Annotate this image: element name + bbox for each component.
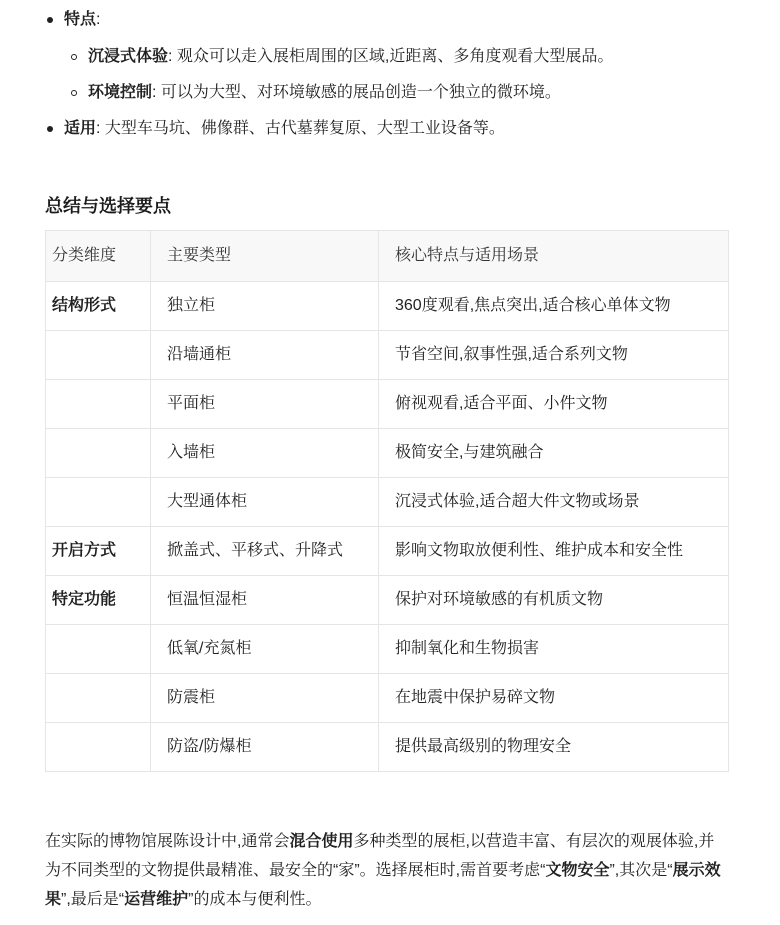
cell-features: 俯视观看,适合平面、小件文物 <box>379 380 729 429</box>
cell-features: 节省空间,叙事性强,适合系列文物 <box>379 331 729 380</box>
column-header-dimension: 分类维度 <box>46 231 151 282</box>
cell-features: 保护对环境敏感的有机质文物 <box>379 576 729 625</box>
paragraph-segment-bold: 文物安全 <box>545 862 609 879</box>
table-row: 开启方式 掀盖式、平移式、升降式 影响文物取放便利性、维护成本和安全性 <box>46 527 729 576</box>
paragraph-segment: ”,其次是“ <box>609 862 672 879</box>
cell-dimension: 特定功能 <box>46 576 151 625</box>
section-heading: 总结与选择要点 <box>45 194 730 219</box>
list-item-text: 观众可以走入展柜周围的区域,近距离、多角度观看大型展品。 <box>177 48 613 65</box>
table-row: 结构形式 独立柜 360度观看,焦点突出,适合核心单体文物 <box>46 282 729 331</box>
closing-paragraph: 在实际的博物馆展陈设计中,通常会混合使用多种类型的展柜,以营造丰富、有层次的观展… <box>45 827 728 914</box>
cell-type: 平面柜 <box>151 380 379 429</box>
paragraph-segment: ”的成本与便利性。 <box>188 891 321 908</box>
table-row: 大型通体柜 沉浸式体验,适合超大件文物或场景 <box>46 478 729 527</box>
cell-features: 影响文物取放便利性、维护成本和安全性 <box>379 527 729 576</box>
list-item-colon: : <box>96 11 100 28</box>
cell-features: 在地震中保护易碎文物 <box>379 674 729 723</box>
cell-features: 极简安全,与建筑融合 <box>379 429 729 478</box>
column-header-features: 核心特点与适用场景 <box>379 231 729 282</box>
cell-type: 入墙柜 <box>151 429 379 478</box>
bullet-disc-icon <box>47 126 53 132</box>
cell-dimension: 结构形式 <box>46 282 151 331</box>
paragraph-segment: 在实际的博物馆展陈设计中,通常会 <box>45 833 289 850</box>
cell-type: 掀盖式、平移式、升降式 <box>151 527 379 576</box>
table-row: 入墙柜 极简安全,与建筑融合 <box>46 429 729 478</box>
cell-features: 提供最高级别的物理安全 <box>379 723 729 772</box>
table-row: 低氧/充氮柜 抑制氧化和生物损害 <box>46 625 729 674</box>
list-item-label: 沉浸式体验 <box>88 48 168 65</box>
list-item-label: 特点 <box>64 11 96 28</box>
table-row: 平面柜 俯视观看,适合平面、小件文物 <box>46 380 729 429</box>
cell-type: 低氧/充氮柜 <box>151 625 379 674</box>
cell-dimension <box>46 723 151 772</box>
cell-type: 防盗/防爆柜 <box>151 723 379 772</box>
list-item: 适用: 大型车马坑、佛像群、古代墓葬复原、大型工业设备等。 <box>45 117 730 140</box>
cell-features: 360度观看,焦点突出,适合核心单体文物 <box>379 282 729 331</box>
paragraph-segment-bold: 运营维护 <box>124 891 188 908</box>
list-item-label: 环境控制 <box>88 84 152 101</box>
cell-type: 大型通体柜 <box>151 478 379 527</box>
table-header-row: 分类维度 主要类型 核心特点与适用场景 <box>46 231 729 282</box>
cell-dimension <box>46 331 151 380</box>
cell-type: 恒温恒湿柜 <box>151 576 379 625</box>
paragraph-segment: ”,最后是“ <box>61 891 124 908</box>
cell-features: 沉浸式体验,适合超大件文物或场景 <box>379 478 729 527</box>
feature-bullet-list: 特点: 沉浸式体验: 观众可以走入展柜周围的区域,近距离、多角度观看大型展品。 … <box>45 8 730 140</box>
cell-dimension: 开启方式 <box>46 527 151 576</box>
list-item-colon: : <box>152 84 161 101</box>
list-item-text: 大型车马坑、佛像群、古代墓葬复原、大型工业设备等。 <box>105 120 505 137</box>
table-row: 沿墙通柜 节省空间,叙事性强,适合系列文物 <box>46 331 729 380</box>
cell-dimension <box>46 674 151 723</box>
list-item: 沉浸式体验: 观众可以走入展柜周围的区域,近距离、多角度观看大型展品。 <box>69 45 730 68</box>
list-item-colon: : <box>96 120 105 137</box>
cell-dimension <box>46 478 151 527</box>
cell-type: 独立柜 <box>151 282 379 331</box>
list-item-colon: : <box>168 48 177 65</box>
table-row: 防盗/防爆柜 提供最高级别的物理安全 <box>46 723 729 772</box>
cell-type: 防震柜 <box>151 674 379 723</box>
column-header-type: 主要类型 <box>151 231 379 282</box>
cell-dimension <box>46 429 151 478</box>
table-row: 特定功能 恒温恒湿柜 保护对环境敏感的有机质文物 <box>46 576 729 625</box>
summary-table: 分类维度 主要类型 核心特点与适用场景 结构形式 独立柜 360度观看,焦点突出… <box>45 230 729 772</box>
cell-dimension <box>46 625 151 674</box>
document-body: 特点: 沉浸式体验: 观众可以走入展柜周围的区域,近距离、多角度观看大型展品。 … <box>0 0 780 914</box>
list-item-label: 适用 <box>64 120 96 137</box>
paragraph-segment-bold: 混合使用 <box>289 833 353 850</box>
feature-sub-list: 沉浸式体验: 观众可以走入展柜周围的区域,近距离、多角度观看大型展品。 环境控制… <box>69 45 730 104</box>
table-row: 防震柜 在地震中保护易碎文物 <box>46 674 729 723</box>
cell-dimension <box>46 380 151 429</box>
bullet-disc-icon <box>47 17 53 23</box>
cell-type: 沿墙通柜 <box>151 331 379 380</box>
bullet-circle-icon <box>71 90 77 96</box>
bullet-circle-icon <box>71 54 77 60</box>
list-item: 特点: 沉浸式体验: 观众可以走入展柜周围的区域,近距离、多角度观看大型展品。 … <box>45 8 730 104</box>
cell-features: 抑制氧化和生物损害 <box>379 625 729 674</box>
list-item-text: 可以为大型、对环境敏感的展品创造一个独立的微环境。 <box>161 84 561 101</box>
list-item: 环境控制: 可以为大型、对环境敏感的展品创造一个独立的微环境。 <box>69 81 730 104</box>
